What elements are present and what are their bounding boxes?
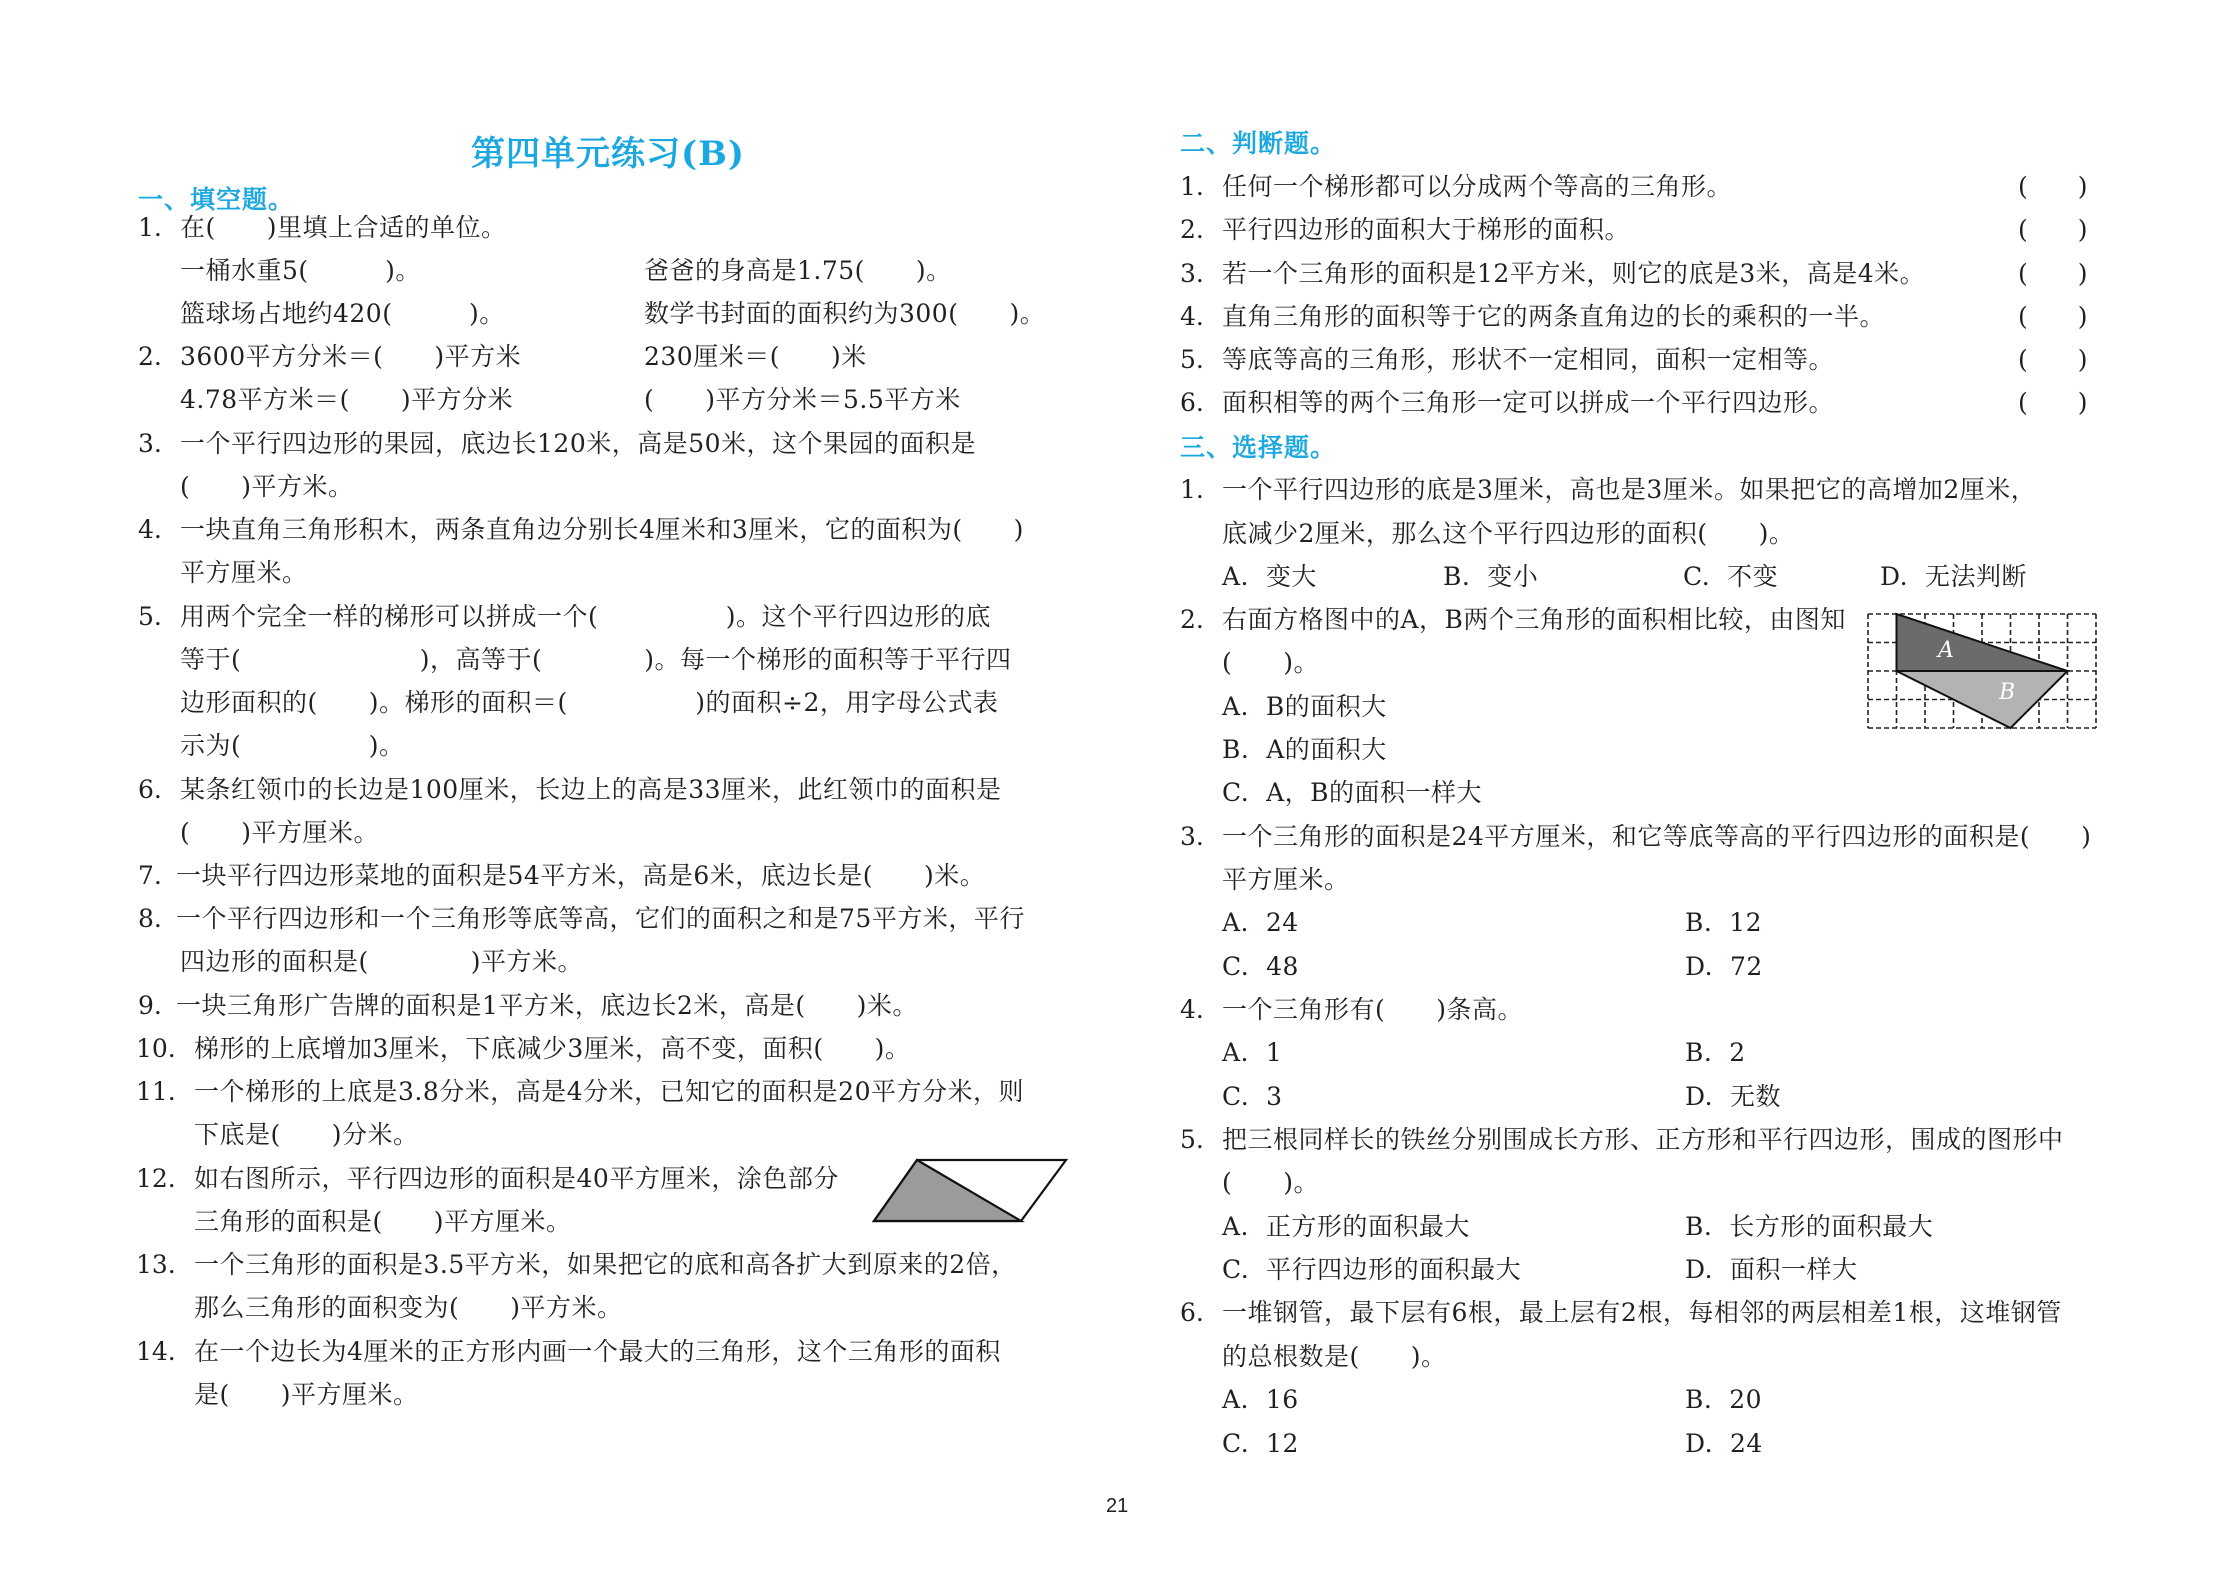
question-text: 右面方格图中的A，B两个三角形的面积相比较，由图知 xyxy=(1222,603,1846,637)
question-number: 6. xyxy=(1180,1296,1204,1330)
option-b[interactable]: B. 20 xyxy=(1685,1383,1762,1417)
question-number: 1. xyxy=(1180,170,1204,204)
question-number: 13. xyxy=(136,1248,176,1282)
statement-text: 直角三角形的面积等于它的两条直角边的长的乘积的一半。 xyxy=(1222,300,1885,334)
question-text: 一个三角形的面积是24平方厘米，和它等底等高的平行四边形的面积是( ) xyxy=(1222,820,2091,854)
question-text: ( )平方米。 xyxy=(180,470,354,504)
question-text: 爸爸的身高是1.75( )。 xyxy=(644,254,952,288)
question-text: 一个三角形有( )条高。 xyxy=(1222,993,1523,1027)
option-c[interactable]: C. 平行四边形的面积最大 xyxy=(1222,1253,1521,1287)
statement-text: 若一个三角形的面积是12平方米，则它的底是3米，高是4米。 xyxy=(1222,257,1925,291)
question-number: 3. xyxy=(1180,257,1204,291)
question-text: 一块直角三角形积木，两条直角边分别长4厘米和3厘米，它的面积为( ) xyxy=(180,513,1024,547)
option-c[interactable]: C. 12 xyxy=(1222,1427,1299,1461)
question-number: 5. xyxy=(1180,343,1204,377)
question-text: 230厘米＝( )米 xyxy=(644,340,867,374)
grid-triangles-figure: A B xyxy=(1866,612,2100,730)
option-c[interactable]: C. 48 xyxy=(1222,950,1299,984)
option-a[interactable]: A. 24 xyxy=(1222,906,1299,940)
section-heading-multiple-choice: 三、选择题。 xyxy=(1180,431,1336,465)
question-text: 一个平行四边形的底是3厘米，高也是3厘米。如果把它的高增加2厘米， xyxy=(1222,473,2036,507)
option-b[interactable]: B. 变小 xyxy=(1443,560,1538,594)
question-text: 某条红领巾的长边是100厘米，长边上的高是33厘米，此红领巾的面积是 xyxy=(180,773,1002,807)
question-text: 4.78平方米＝( )平方分米 xyxy=(180,383,513,417)
question-text: 边形面积的( )。梯形的面积＝( )的面积÷2，用字母公式表 xyxy=(180,686,998,720)
option-a[interactable]: A. 变大 xyxy=(1222,560,1317,594)
option-a[interactable]: A. 16 xyxy=(1222,1383,1299,1417)
question-text: 一桶水重5( )。 xyxy=(180,254,421,288)
answer-blank[interactable]: ( ) xyxy=(2018,386,2088,420)
option-a[interactable]: A. B的面积大 xyxy=(1222,690,1387,724)
question-text: 四边形的面积是( )平方米。 xyxy=(180,945,583,979)
svg-text:B: B xyxy=(1998,680,2015,705)
option-c[interactable]: C. 3 xyxy=(1222,1080,1282,1114)
statement-text: 面积相等的两个三角形一定可以拼成一个平行四边形。 xyxy=(1222,386,1834,420)
question-number: 6. xyxy=(1180,386,1204,420)
page-number: 21 xyxy=(1106,1495,1128,1518)
question-number: 10. xyxy=(136,1032,176,1066)
question-text: 三角形的面积是( )平方厘米。 xyxy=(194,1205,572,1239)
question-text: 如右图所示，平行四边形的面积是40平方厘米，涂色部分 xyxy=(194,1162,839,1196)
question-text: 梯形的上底增加3厘米，下底减少3厘米，高不变，面积( )。 xyxy=(194,1032,910,1066)
question-text: 3600平方分米＝( )平方米 xyxy=(180,340,521,374)
statement-text: 任何一个梯形都可以分成两个等高的三角形。 xyxy=(1222,170,1732,204)
option-b[interactable]: B. 2 xyxy=(1685,1036,1746,1070)
question-text: 示为( )。 xyxy=(180,729,405,763)
option-b[interactable]: B. A的面积大 xyxy=(1222,733,1387,767)
question-text: 底减少2厘米，那么这个平行四边形的面积( )。 xyxy=(1222,517,1794,551)
question-text: 篮球场占地约420( )。 xyxy=(180,297,505,331)
answer-blank[interactable]: ( ) xyxy=(2018,300,2088,334)
question-text: 等于( )，高等于( )。每一个梯形的面积等于平行四 xyxy=(180,643,1012,677)
question-text: 一个梯形的上底是3.8分米，高是4分米，已知它的面积是20平方分米，则 xyxy=(194,1075,1024,1109)
svg-text:A: A xyxy=(1936,638,1954,663)
question-number: 4. xyxy=(1180,300,1204,334)
option-a[interactable]: A. 正方形的面积最大 xyxy=(1222,1210,1470,1244)
option-c[interactable]: C. 不变 xyxy=(1683,560,1778,594)
answer-blank[interactable]: ( ) xyxy=(2018,170,2088,204)
page-title: 第四单元练习(B) xyxy=(471,126,745,175)
question-number: 1. xyxy=(1180,473,1204,507)
question-number: 5. xyxy=(1180,1123,1204,1157)
question-number: 14. xyxy=(136,1335,176,1369)
question-text: 下底是( )分米。 xyxy=(194,1118,419,1152)
question-text: 一个三角形的面积是3.5平方米，如果把它的底和高各扩大到原来的2倍， xyxy=(194,1248,1017,1282)
section-heading-true-false: 二、判断题。 xyxy=(1180,127,1336,161)
option-b[interactable]: B. 长方形的面积最大 xyxy=(1685,1210,1933,1244)
question-text: 平方厘米。 xyxy=(1222,863,1350,897)
question-text: 一块平行四边形菜地的面积是54平方米，高是6米，底边长是( )米。 xyxy=(176,859,985,893)
question-number: 7. xyxy=(138,859,162,893)
question-text: ( )平方厘米。 xyxy=(180,816,379,850)
question-number: 5. xyxy=(138,600,162,634)
option-d[interactable]: D. 面积一样大 xyxy=(1685,1253,1858,1287)
statement-text: 平行四边形的面积大于梯形的面积。 xyxy=(1222,213,1630,247)
question-text: 一个平行四边形的果园，底边长120米，高是50米，这个果园的面积是 xyxy=(180,427,976,461)
question-number: 6. xyxy=(138,773,162,807)
option-d[interactable]: D. 24 xyxy=(1685,1427,1763,1461)
question-text: ( )平方分米＝5.5平方米 xyxy=(644,383,961,417)
question-text: 数学书封面的面积约为300( )。 xyxy=(644,297,1045,331)
question-text: 那么三角形的面积变为( )平方米。 xyxy=(194,1291,623,1325)
question-number: 4. xyxy=(1180,993,1204,1027)
question-text: ( )。 xyxy=(1222,1166,1319,1200)
question-text: 把三根同样长的铁丝分别围成长方形、正方形和平行四边形，围成的图形中 xyxy=(1222,1123,2064,1157)
question-number: 1. xyxy=(138,211,162,245)
question-text: 平方厘米。 xyxy=(180,556,308,590)
question-number: 9. xyxy=(138,989,162,1023)
question-text: 在一个边长为4厘米的正方形内画一个最大的三角形，这个三角形的面积 xyxy=(194,1335,1001,1369)
question-text: 的总根数是( )。 xyxy=(1222,1340,1447,1374)
question-number: 3. xyxy=(1180,820,1204,854)
option-c[interactable]: C. A，B的面积一样大 xyxy=(1222,776,1482,810)
option-d[interactable]: D. 无数 xyxy=(1685,1080,1781,1114)
question-number: 4. xyxy=(138,513,162,547)
question-text: 在( )里填上合适的单位。 xyxy=(180,211,507,245)
question-number: 3. xyxy=(138,427,162,461)
option-a[interactable]: A. 1 xyxy=(1222,1036,1282,1070)
parallelogram-figure xyxy=(872,1158,1068,1224)
question-text: 是( )平方厘米。 xyxy=(194,1378,419,1412)
answer-blank[interactable]: ( ) xyxy=(2018,257,2088,291)
question-number: 8. xyxy=(138,902,162,936)
option-d[interactable]: D. 72 xyxy=(1685,950,1763,984)
answer-blank[interactable]: ( ) xyxy=(2018,343,2088,377)
option-b[interactable]: B. 12 xyxy=(1685,906,1762,940)
question-text: 一个平行四边形和一个三角形等底等高，它们的面积之和是75平方米，平行 xyxy=(176,902,1025,936)
question-number: 2. xyxy=(1180,213,1204,247)
question-number: 2. xyxy=(138,340,162,374)
question-text: ( )。 xyxy=(1222,646,1319,680)
question-number: 12. xyxy=(136,1162,176,1196)
question-text: 用两个完全一样的梯形可以拼成一个( )。这个平行四边形的底 xyxy=(180,600,991,634)
question-text: 一堆钢管，最下层有6根，最上层有2根，每相邻的两层相差1根，这堆钢管 xyxy=(1222,1296,2062,1330)
answer-blank[interactable]: ( ) xyxy=(2018,213,2088,247)
question-number: 11. xyxy=(136,1075,176,1109)
question-text: 一块三角形广告牌的面积是1平方米，底边长2米，高是( )米。 xyxy=(176,989,918,1023)
option-d[interactable]: D. 无法判断 xyxy=(1880,560,2027,594)
statement-text: 等底等高的三角形，形状不一定相同，面积一定相等。 xyxy=(1222,343,1834,377)
question-number: 2. xyxy=(1180,603,1204,637)
